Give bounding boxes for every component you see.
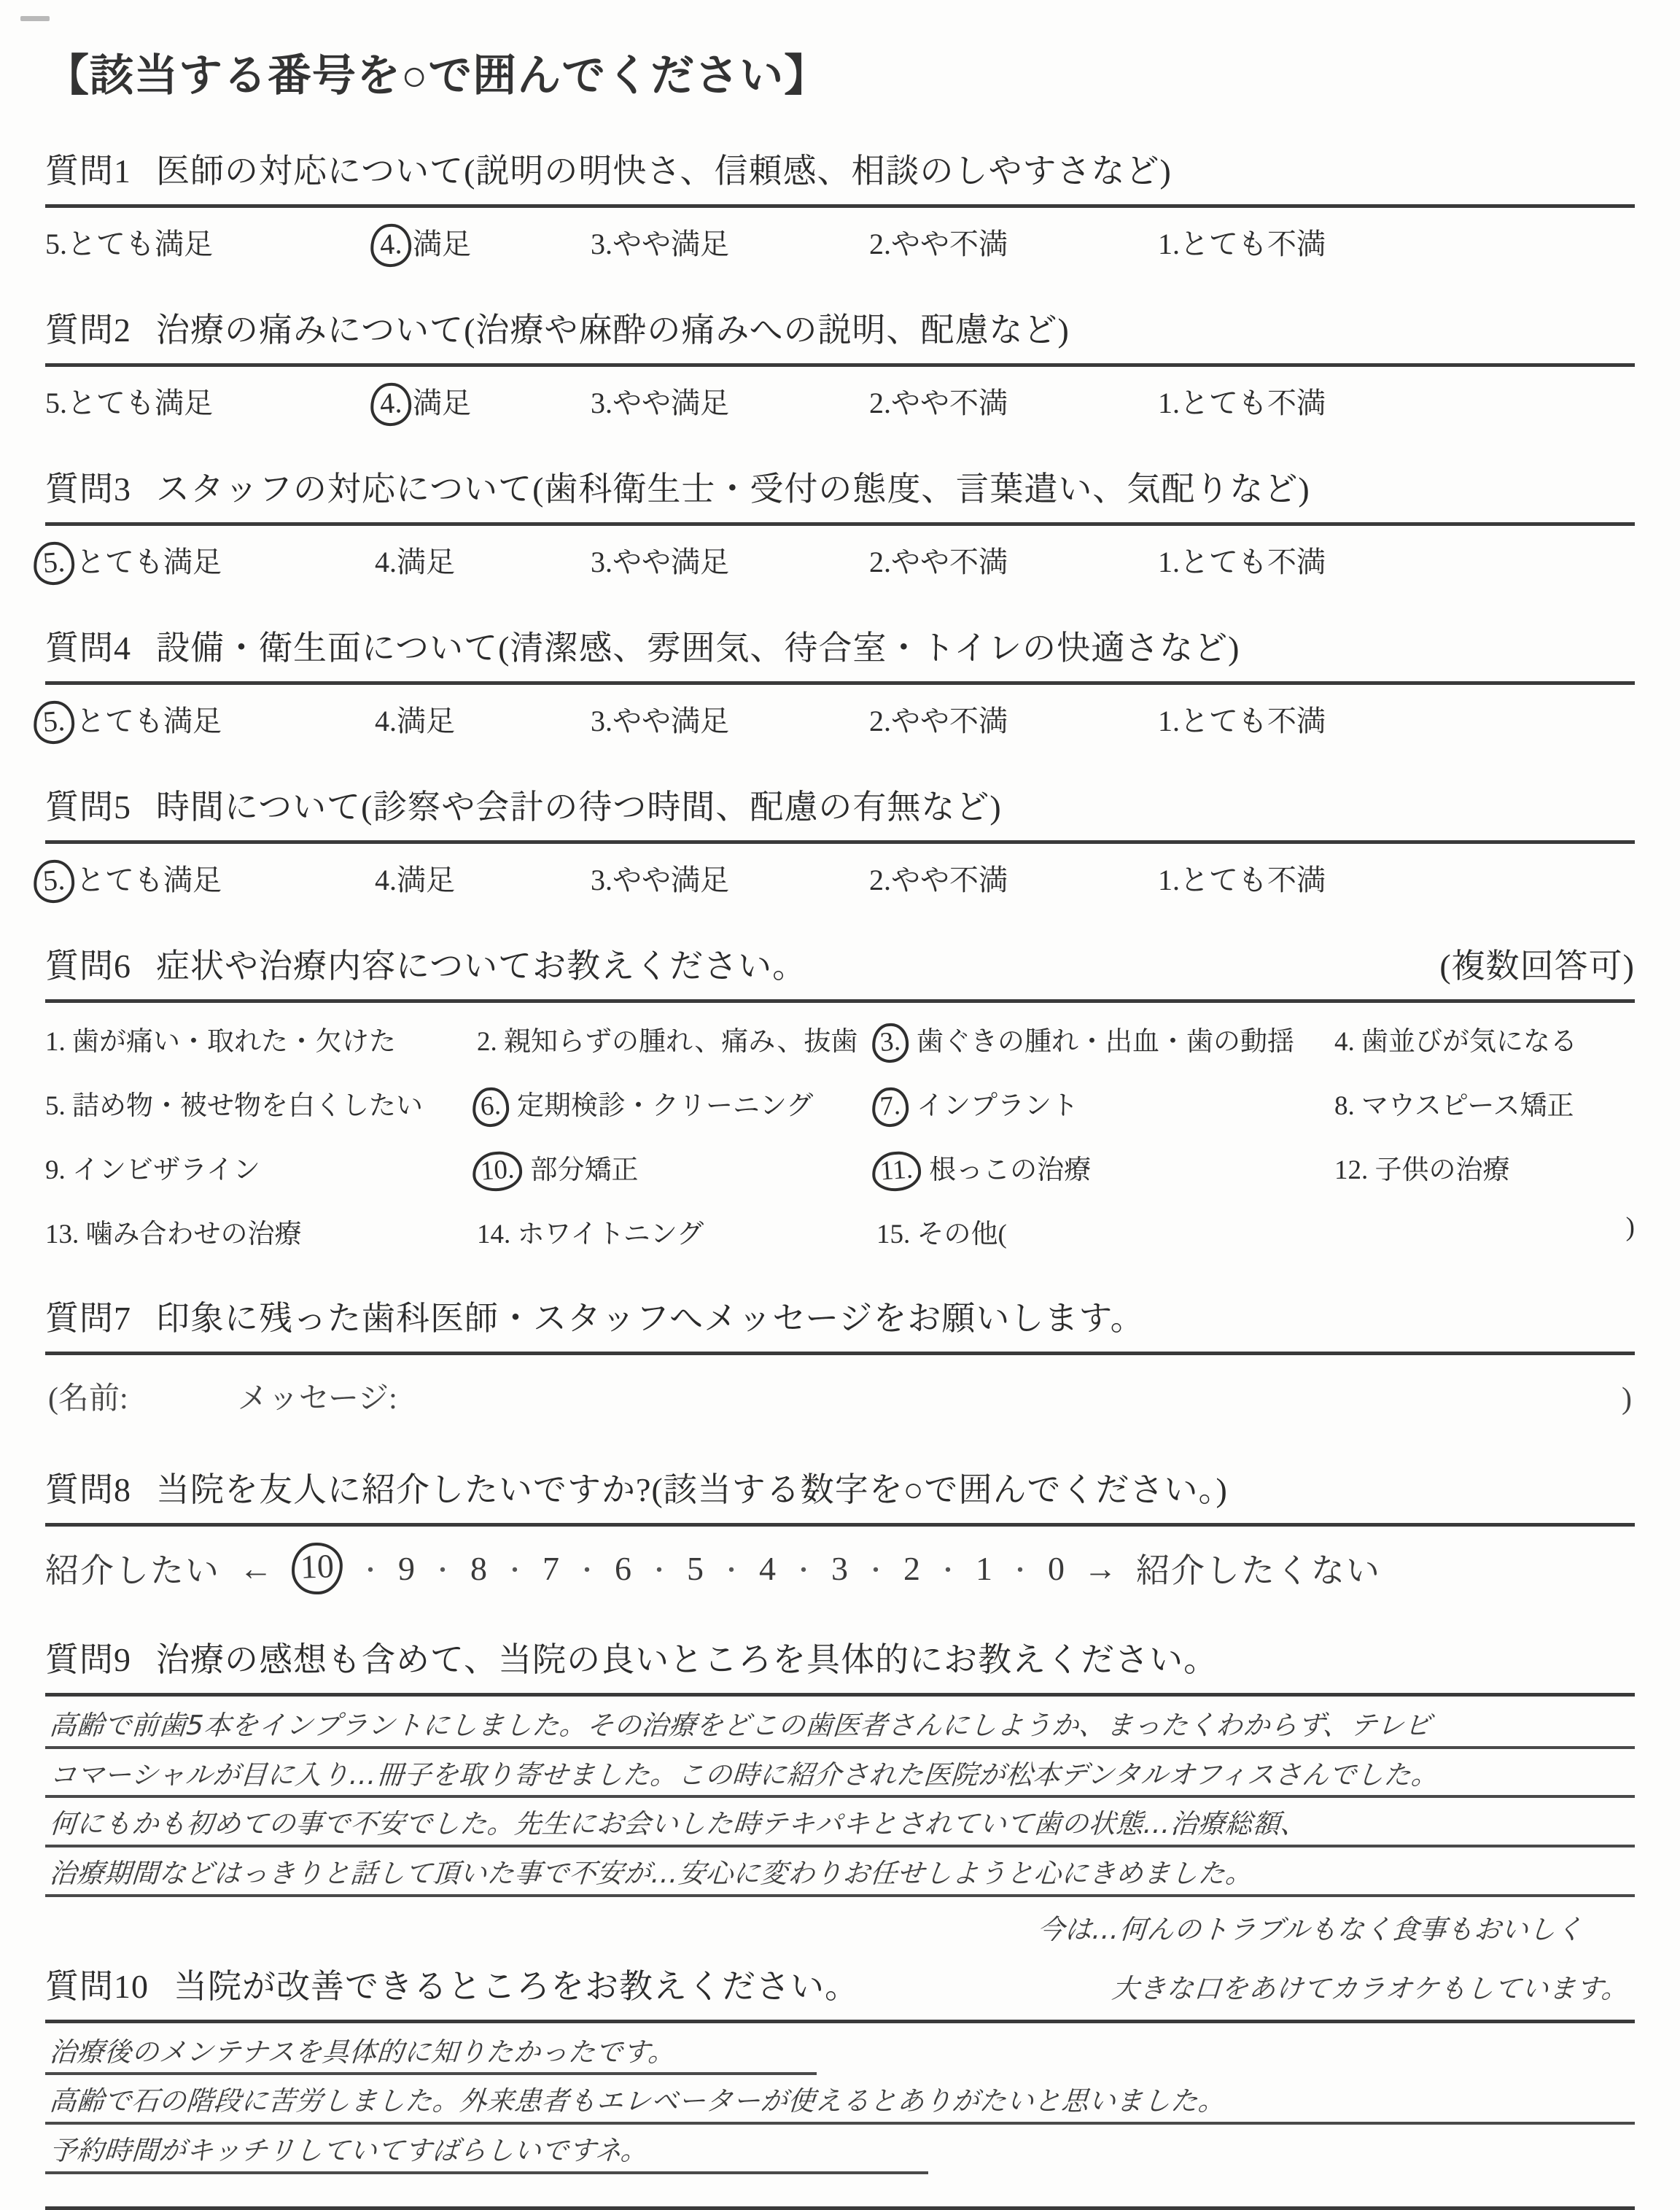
option-number: 5. bbox=[45, 386, 67, 420]
option-number: 4. bbox=[1334, 1026, 1355, 1058]
option-text: 詰め物・被せ物を白くしたい bbox=[72, 1091, 423, 1121]
option-text: やや不満 bbox=[891, 546, 1008, 578]
question-4-heading: 質問4 設備・衛生面について(清潔感、雰囲気、待合室・トイレの快適さなど) bbox=[45, 621, 1635, 670]
question-6: 質問6 症状や治療内容についてお教えください。 (複数回答可) 1. 歯が痛い・… bbox=[45, 939, 1635, 1251]
option-text: 満足 bbox=[413, 387, 471, 419]
nps-9: 9 bbox=[398, 1549, 415, 1588]
separator-dot: ・ bbox=[430, 1551, 455, 1586]
handwritten-circle: 4. bbox=[369, 381, 413, 427]
question-6-label: 質問6 bbox=[45, 939, 131, 988]
handwritten-circle: 5. bbox=[32, 858, 76, 904]
question-8-label: 質問8 bbox=[45, 1463, 131, 1511]
question-1-heading: 質問1 医師の対応について(説明の明快さ、信頼感、相談のしやすさなど) bbox=[45, 144, 1635, 193]
option-text: やや満足 bbox=[612, 387, 729, 419]
question-3-title: スタッフの対応について(歯科衛生士・受付の態度、言葉遣い、気配りなど) bbox=[156, 462, 1310, 511]
rating-option-2: 2.やや不満 bbox=[869, 539, 1158, 581]
question-6-options: 1. 歯が痛い・取れた・欠けた 2. 親知らずの腫れ、痛み、抜歯 3. 歯ぐきの… bbox=[45, 1003, 1635, 1251]
nps-0: 0 bbox=[1048, 1549, 1065, 1588]
answer-line: 治療後のメンテナスを具体的に知りたかったです。 bbox=[45, 2023, 817, 2076]
question-3: 質問3 スタッフの対応について(歯科衛生士・受付の態度、言葉遣い、気配りなど) … bbox=[45, 462, 1635, 581]
question-1: 質問1 医師の対応について(説明の明快さ、信頼感、相談のしやすさなど) 5.とて… bbox=[45, 144, 1635, 263]
question-10-label: 質問10 bbox=[45, 1960, 149, 2008]
separator-dot: ・ bbox=[863, 1551, 888, 1586]
option-text: とても不満 bbox=[1180, 228, 1326, 260]
symptom-option-10-selected: 10. 部分矯正 bbox=[477, 1147, 876, 1187]
handwritten-text: 高齢で石の階段に苦労しました。外来患者もエレベーターが使えるとありがたいと思いま… bbox=[49, 2087, 1226, 2117]
question-1-options: 5.とても満足 4.満足 3.やや満足 2.やや不満 1.とても不満 bbox=[45, 208, 1635, 263]
question-7-heading: 質問7 印象に残った歯科医師・スタッフへメッセージをお願いします。 bbox=[45, 1292, 1635, 1340]
question-2: 質問2 治療の痛みについて(治療や麻酔の痛みへの説明、配慮など) 5.とても満足… bbox=[45, 303, 1635, 422]
question-3-heading: 質問3 スタッフの対応について(歯科衛生士・受付の態度、言葉遣い、気配りなど) bbox=[45, 462, 1635, 511]
question-10-heading: 質問10 当院が改善できるところをお教えください。 bbox=[45, 1960, 859, 2008]
handwritten-text: 何にもかも初めての事で不安でした。先生にお会いした時テキパキとされていて歯の状態… bbox=[49, 1810, 1309, 1839]
option-text: 根っこの治療 bbox=[929, 1155, 1091, 1185]
question-10-heading-row: 質問10 当院が改善できるところをお教えください。 大きな口をあけてカラオケもし… bbox=[45, 1960, 1635, 2008]
option-number: 3. bbox=[591, 704, 612, 738]
option-number: 1. bbox=[1158, 704, 1180, 738]
option-text: 子供の治療 bbox=[1375, 1155, 1510, 1185]
nps-8: 8 bbox=[470, 1549, 487, 1588]
rating-option-4: 4.満足 bbox=[375, 539, 591, 581]
bottom-rule bbox=[45, 2206, 1635, 2210]
answer-overflow-line: 今は…何んのトラブルもなく食事もおいしく bbox=[45, 1897, 1635, 1947]
nps-1: 1 bbox=[976, 1549, 992, 1588]
symptom-option-8: 8. マウスピース矯正 bbox=[1334, 1083, 1635, 1123]
rating-option-5-selected: 5.とても満足 bbox=[45, 539, 375, 581]
option-text: やや満足 bbox=[612, 705, 729, 737]
handwritten-circle: 5. bbox=[32, 699, 76, 745]
nps-numbers: 10・9・8・7・6・5・4・3・2・1・0 bbox=[292, 1548, 1065, 1589]
question-6-title: 症状や治療内容についてお教えください。 bbox=[156, 939, 806, 988]
option-text: インビザライン bbox=[72, 1155, 260, 1185]
question-8: 質問8 当院を友人に紹介したいですか?(該当する数字を○で囲んでください。) 紹… bbox=[45, 1463, 1635, 1592]
handwritten-text: 今は…何んのトラブルもなく食事もおいしく bbox=[1037, 1907, 1585, 1947]
handwritten-text: 大きな口をあけてカラオケもしています。 bbox=[1111, 1966, 1636, 2006]
question-8-heading: 質問8 当院を友人に紹介したいですか?(該当する数字を○で囲んでください。) bbox=[45, 1463, 1635, 1511]
option-number: 1. bbox=[1158, 863, 1180, 897]
rating-option-3: 3.やや満足 bbox=[591, 221, 869, 263]
option-number: 1. bbox=[1158, 386, 1180, 420]
nps-right-label: 紹介したくない bbox=[1136, 1544, 1381, 1592]
option-text: とても満足 bbox=[76, 705, 222, 737]
option-text: 満足 bbox=[413, 228, 471, 260]
symptom-option-1: 1. 歯が痛い・取れた・欠けた bbox=[45, 1019, 477, 1058]
question-4-label: 質問4 bbox=[45, 621, 131, 670]
rating-option-1: 1.とても不満 bbox=[1158, 539, 1635, 581]
option-text: 歯が痛い・取れた・欠けた bbox=[72, 1027, 396, 1057]
nps-4: 4 bbox=[759, 1549, 776, 1588]
option-number: 1. bbox=[45, 1026, 66, 1058]
handwritten-circle: 3. bbox=[871, 1022, 909, 1063]
nps-7: 7 bbox=[542, 1549, 559, 1588]
question-9-label: 質問9 bbox=[45, 1633, 131, 1681]
symptom-option-13: 13. 噛み合わせの治療 bbox=[45, 1211, 477, 1251]
rating-option-3: 3.やや満足 bbox=[591, 698, 869, 740]
option-text: とても不満 bbox=[1180, 546, 1326, 578]
option-text: やや満足 bbox=[612, 546, 729, 578]
question-9-heading: 質問9 治療の感想も含めて、当院の良いところを具体的にお教えください。 bbox=[45, 1633, 1635, 1681]
handwritten-circle: 4. bbox=[369, 222, 413, 268]
option-number: 4. bbox=[375, 545, 397, 579]
question-10-title: 当院が改善できるところをお教えください。 bbox=[174, 1960, 859, 2008]
question-8-title: 当院を友人に紹介したいですか?(該当する数字を○で囲んでください。) bbox=[156, 1463, 1228, 1511]
option-text: とても不満 bbox=[1180, 387, 1326, 419]
option-text: 満足 bbox=[397, 864, 455, 896]
rating-option-2: 2.やや不満 bbox=[869, 698, 1158, 740]
question-7-answer-row: (名前: メッセージ: ) bbox=[45, 1355, 1635, 1422]
handwritten-text: 高齢で前歯5本をインプラントにしました。その治療をどこの歯医者さんにしようか、ま… bbox=[49, 1711, 1433, 1741]
symptom-option-15: 15. その他( ) bbox=[876, 1211, 1635, 1251]
rating-option-1: 1.とても不満 bbox=[1158, 698, 1635, 740]
option-number: 4. bbox=[375, 704, 397, 738]
option-number: 2. bbox=[869, 545, 891, 579]
question-6-heading: 質問6 症状や治療内容についてお教えください。 bbox=[45, 939, 806, 988]
option-text: 満足 bbox=[397, 546, 455, 578]
handwritten-circle: 10 bbox=[291, 1541, 343, 1594]
symptom-option-3-selected: 3. 歯ぐきの腫れ・出血・歯の動揺 bbox=[876, 1019, 1334, 1058]
scan-artifact bbox=[20, 16, 50, 21]
question-4: 質問4 設備・衛生面について(清潔感、雰囲気、待合室・トイレの快適さなど) 5.… bbox=[45, 621, 1635, 740]
option-text: 噛み合わせの治療 bbox=[86, 1220, 302, 1249]
rating-option-2: 2.やや不満 bbox=[869, 380, 1158, 422]
handwritten-circle: 5. bbox=[32, 540, 76, 586]
nps-left-label: 紹介したい bbox=[45, 1544, 220, 1592]
question-9-title: 治療の感想も含めて、当院の良いところを具体的にお教えください。 bbox=[156, 1633, 1218, 1681]
question-2-title: 治療の痛みについて(治療や麻酔の痛みへの説明、配慮など) bbox=[156, 303, 1070, 352]
handwritten-text: 予約時間がキッチリしていてすばらしいですネ。 bbox=[49, 2136, 649, 2166]
symptom-option-14: 14. ホワイトニング bbox=[477, 1211, 876, 1251]
question-5-heading: 質問5 時間について(診察や会計の待つ時間、配慮の有無など) bbox=[45, 780, 1635, 829]
symptom-option-11-selected: 11. 根っこの治療 bbox=[876, 1147, 1334, 1187]
question-4-title: 設備・衛生面について(清潔感、雰囲気、待合室・トイレの快適さなど) bbox=[156, 621, 1240, 670]
separator-dot: ・ bbox=[1008, 1551, 1032, 1586]
answer-line: 何にもかも初めての事で不安でした。先生にお会いした時テキパキとされていて歯の状態… bbox=[45, 1798, 1635, 1848]
option-text: やや不満 bbox=[891, 864, 1008, 896]
question-2-label: 質問2 bbox=[45, 303, 131, 352]
handwritten-text: 治療後のメンテナスを具体的に知りたかったです。 bbox=[49, 2038, 677, 2068]
separator-dot: ・ bbox=[719, 1551, 744, 1586]
rating-option-5: 5.とても満足 bbox=[45, 380, 375, 422]
option-text: とても満足 bbox=[76, 546, 222, 578]
survey-form: 【該当する番号を○で囲んでください】 質問1 医師の対応について(説明の明快さ、… bbox=[0, 0, 1680, 2210]
question-6-note: (複数回答可) bbox=[1439, 939, 1635, 988]
option-number: 1. bbox=[1158, 227, 1180, 261]
form-title: 【該当する番号を○で囲んでください】 bbox=[45, 41, 1635, 104]
separator-dot: ・ bbox=[791, 1551, 816, 1586]
answer-line: コマーシャルが目に入り…冊子を取り寄せました。この時に紹介された医院が松本デンタ… bbox=[45, 1749, 1635, 1799]
option-text: やや不満 bbox=[891, 705, 1008, 737]
question-2-heading: 質問2 治療の痛みについて(治療や麻酔の痛みへの説明、配慮など) bbox=[45, 303, 1635, 352]
rating-option-1: 1.とても不満 bbox=[1158, 857, 1635, 899]
option-number: 2. bbox=[869, 704, 891, 738]
option-number: 9. bbox=[45, 1155, 66, 1186]
option-number: 14. bbox=[477, 1219, 510, 1250]
question-4-options: 5.とても満足 4.満足 3.やや満足 2.やや不満 1.とても不満 bbox=[45, 685, 1635, 740]
option-text: 定期検診・クリーニング bbox=[517, 1091, 813, 1121]
option-text: とても満足 bbox=[67, 387, 213, 419]
handwritten-circle: 11. bbox=[871, 1150, 922, 1193]
rating-option-3: 3.やや満足 bbox=[591, 380, 869, 422]
question-6-heading-row: 質問6 症状や治療内容についてお教えください。 (複数回答可) bbox=[45, 939, 1635, 988]
rating-option-2: 2.やや不満 bbox=[869, 857, 1158, 899]
symptom-option-12: 12. 子供の治療 bbox=[1334, 1147, 1635, 1187]
question-5-label: 質問5 bbox=[45, 780, 131, 829]
question-3-options: 5.とても満足 4.満足 3.やや満足 2.やや不満 1.とても不満 bbox=[45, 526, 1635, 581]
option-text: やや満足 bbox=[612, 228, 729, 260]
question-9: 質問9 治療の感想も含めて、当院の良いところを具体的にお教えください。 高齢で前… bbox=[45, 1633, 1635, 1947]
symptom-option-5: 5. 詰め物・被せ物を白くしたい bbox=[45, 1083, 477, 1123]
option-other: 15. その他( bbox=[876, 1211, 1007, 1251]
option-text: やや不満 bbox=[891, 387, 1008, 419]
rating-option-5: 5.とても満足 bbox=[45, 221, 375, 263]
handwritten-circle: 6. bbox=[471, 1086, 510, 1128]
option-number: 5. bbox=[45, 227, 67, 261]
answer-line: 高齢で前歯5本をインプラントにしました。その治療をどこの歯医者さんにしようか、ま… bbox=[45, 1697, 1635, 1749]
option-number: 2. bbox=[869, 386, 891, 420]
option-text: 親知らずの腫れ、痛み、抜歯 bbox=[504, 1027, 857, 1057]
separator-dot: ・ bbox=[936, 1551, 960, 1586]
option-text: とても満足 bbox=[76, 864, 222, 896]
question-5-title: 時間について(診察や会計の待つ時間、配慮の有無など) bbox=[156, 780, 1002, 829]
symptom-option-9: 9. インビザライン bbox=[45, 1147, 477, 1187]
option-number: 3. bbox=[591, 863, 612, 897]
handwritten-text: 治療期間などはっきりと話して頂いた事で不安が…安心に変わりお任せしようと心にきめ… bbox=[49, 1859, 1254, 1889]
rating-option-4-selected: 4.満足 bbox=[375, 380, 591, 422]
answer-line: 予約時間がキッチリしていてすばらしいですネ。 bbox=[45, 2125, 928, 2174]
question-1-title: 医師の対応について(説明の明快さ、信頼感、相談のしやすさなど) bbox=[156, 144, 1172, 193]
question-7: 質問7 印象に残った歯科医師・スタッフへメッセージをお願いします。 (名前: メ… bbox=[45, 1292, 1635, 1422]
option-number: 3. bbox=[591, 545, 612, 579]
handwritten-text: コマーシャルが目に入り…冊子を取り寄せました。この時に紹介された医院が松本デンタ… bbox=[49, 1761, 1440, 1791]
answer-line: 高齢で石の階段に苦労しました。外来患者もエレベーターが使えるとありがたいと思いま… bbox=[45, 2075, 1635, 2125]
question-5-options: 5.とても満足 4.満足 3.やや満足 2.やや不満 1.とても不満 bbox=[45, 844, 1635, 899]
paren-close: ) bbox=[1626, 1211, 1635, 1251]
rating-option-4: 4.満足 bbox=[375, 698, 591, 740]
option-text: 満足 bbox=[397, 705, 455, 737]
symptom-option-4: 4. 歯並びが気になる bbox=[1334, 1019, 1635, 1058]
option-number: 2. bbox=[869, 227, 891, 261]
option-text: 歯ぐきの腫れ・出血・歯の動揺 bbox=[917, 1027, 1294, 1057]
rating-option-4: 4.満足 bbox=[375, 857, 591, 899]
option-number: 5. bbox=[45, 1090, 66, 1122]
option-number: 4. bbox=[375, 863, 397, 897]
symptom-option-2: 2. 親知らずの腫れ、痛み、抜歯 bbox=[477, 1019, 876, 1058]
option-number: 2. bbox=[869, 863, 891, 897]
question-3-label: 質問3 bbox=[45, 462, 131, 511]
option-text: インプラント bbox=[917, 1091, 1078, 1121]
option-text: やや不満 bbox=[891, 228, 1008, 260]
option-number: 1. bbox=[1158, 545, 1180, 579]
question-1-label: 質問1 bbox=[45, 144, 131, 193]
nps-2: 2 bbox=[903, 1549, 920, 1588]
option-number: 8. bbox=[1334, 1090, 1355, 1122]
option-text: ホワイトニング bbox=[518, 1220, 704, 1249]
option-number: 12. bbox=[1334, 1155, 1368, 1186]
separator-dot: ・ bbox=[647, 1551, 672, 1586]
rating-option-3: 3.やや満足 bbox=[591, 857, 869, 899]
separator-dot: ・ bbox=[575, 1551, 599, 1586]
name-field-label: (名前: bbox=[48, 1374, 128, 1418]
rating-option-2: 2.やや不満 bbox=[869, 221, 1158, 263]
nps-scale-row: 紹介したい ← 10・9・8・7・6・5・4・3・2・1・0 → 紹介したくない bbox=[45, 1527, 1635, 1592]
symptom-option-7-selected: 7. インプラント bbox=[876, 1083, 1334, 1123]
question-7-label: 質問7 bbox=[45, 1292, 131, 1340]
question-10: 質問10 当院が改善できるところをお教えください。 大きな口をあけてカラオケもし… bbox=[45, 1960, 1635, 2210]
option-number: 13. bbox=[45, 1219, 79, 1250]
option-text: とても不満 bbox=[1180, 864, 1326, 896]
question-5: 質問5 時間について(診察や会計の待つ時間、配慮の有無など) 5.とても満足 4… bbox=[45, 780, 1635, 899]
rating-option-5-selected: 5.とても満足 bbox=[45, 857, 375, 899]
option-text: マウスピース矯正 bbox=[1361, 1091, 1574, 1121]
rating-option-1: 1.とても不満 bbox=[1158, 380, 1635, 422]
nps-3: 3 bbox=[831, 1549, 848, 1588]
separator-dot: ・ bbox=[502, 1551, 527, 1586]
right-arrow-icon: → bbox=[1084, 1549, 1117, 1588]
option-number: 2. bbox=[477, 1026, 497, 1058]
rating-option-5-selected: 5.とても満足 bbox=[45, 698, 375, 740]
nps-5: 5 bbox=[687, 1549, 704, 1588]
option-text: 歯並びが気になる bbox=[1361, 1027, 1577, 1057]
left-arrow-icon: ← bbox=[239, 1549, 273, 1588]
option-number: 3. bbox=[591, 227, 612, 261]
option-number: 15. bbox=[876, 1219, 910, 1250]
question-2-options: 5.とても満足 4.満足 3.やや満足 2.やや不満 1.とても不満 bbox=[45, 367, 1635, 422]
nps-6: 6 bbox=[615, 1549, 631, 1588]
rating-option-1: 1.とても不満 bbox=[1158, 221, 1635, 263]
paren-close: ) bbox=[1622, 1381, 1632, 1416]
handwritten-circle: 10. bbox=[471, 1150, 524, 1193]
handwritten-circle: 7. bbox=[871, 1086, 909, 1128]
answer-line: 治療期間などはっきりと話して頂いた事で不安が…安心に変わりお任せしようと心にきめ… bbox=[45, 1848, 1635, 1897]
option-text: とても満足 bbox=[67, 228, 213, 260]
option-number: 3. bbox=[591, 386, 612, 420]
rating-option-4-selected: 4.満足 bbox=[375, 221, 591, 263]
separator-dot: ・ bbox=[358, 1551, 383, 1586]
symptom-option-6-selected: 6. 定期検診・クリーニング bbox=[477, 1083, 876, 1123]
option-text: その他( bbox=[917, 1220, 1007, 1249]
rating-option-3: 3.やや満足 bbox=[591, 539, 869, 581]
option-text: やや満足 bbox=[612, 864, 729, 896]
question-7-title: 印象に残った歯科医師・スタッフへメッセージをお願いします。 bbox=[156, 1292, 1145, 1340]
option-text: とても不満 bbox=[1180, 705, 1326, 737]
option-text: 部分矯正 bbox=[531, 1155, 639, 1185]
message-field-label: メッセージ: bbox=[238, 1374, 397, 1418]
